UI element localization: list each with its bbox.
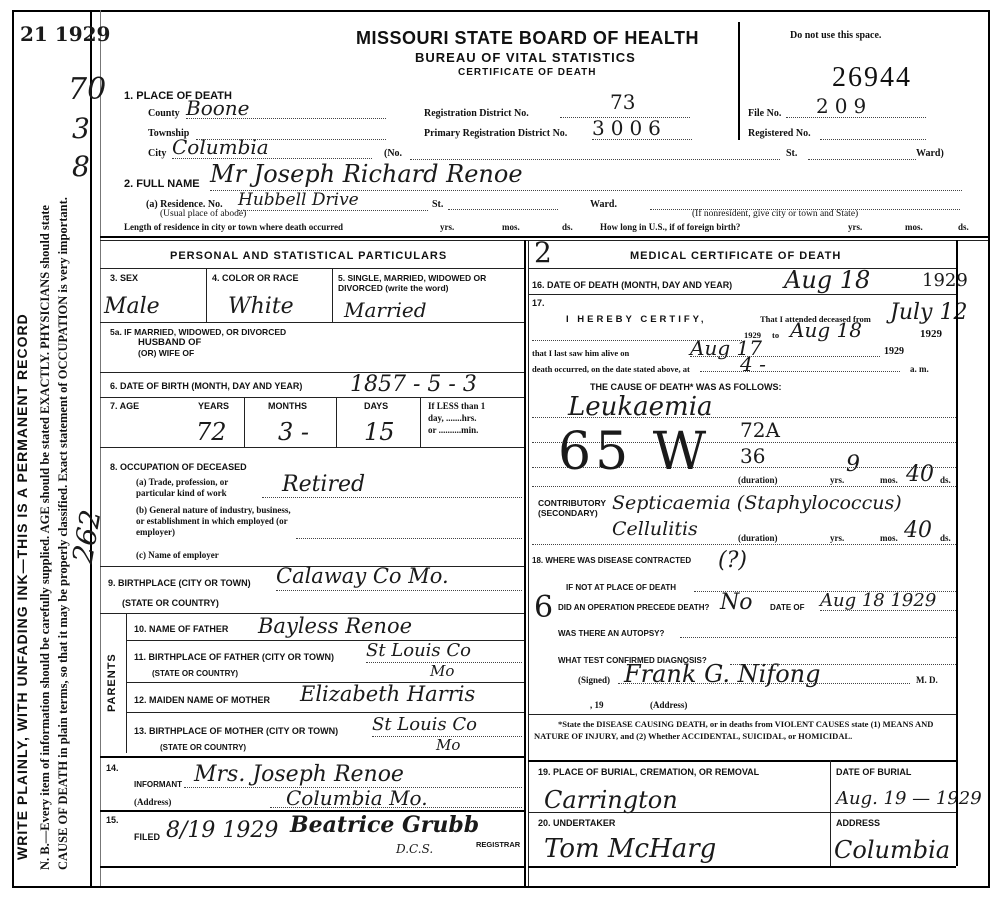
margin-number-2: 3 — [72, 112, 90, 145]
county-field: Boone — [186, 96, 386, 119]
operation-field: No — [720, 590, 753, 615]
stamp-number: 26944 — [832, 62, 912, 94]
column-divider — [524, 240, 526, 886]
foreign-mos-label: mos. — [905, 222, 923, 232]
informant-address-label: (Address) — [134, 797, 171, 807]
rule — [528, 812, 956, 813]
spouse-label-1: 5a. IF MARRIED, WIDOWED, OR DIVORCED — [110, 327, 286, 337]
autopsy-label: WAS THERE AN AUTOPSY? — [558, 629, 664, 638]
occupation-b-label: (b) General nature of industry, business… — [136, 505, 296, 538]
rule — [100, 866, 524, 868]
occupation-a-field: Retired — [262, 472, 522, 498]
county-label: County — [148, 108, 180, 119]
age-label: 7. AGE — [110, 401, 139, 411]
informant-label: INFORMANT — [134, 780, 182, 789]
mother-birthplace-label: 13. BIRTHPLACE OF MOTHER (CITY OR TOWN) — [134, 726, 338, 736]
res-yrs-label: yrs. — [440, 222, 454, 232]
sign-address-label: (Address) — [650, 700, 687, 710]
contrib-duration-ds: 40 — [904, 518, 932, 543]
duration-mos: 9 — [846, 452, 860, 477]
race-field: White — [228, 294, 294, 319]
rule — [100, 756, 524, 758]
sex-label: 3. SEX — [110, 273, 138, 283]
file-no-label: File No. — [748, 108, 781, 119]
certify-label: I HEREBY CERTIFY, — [566, 314, 707, 325]
rule — [206, 268, 207, 322]
full-name-field: Mr Joseph Richard Renoe — [210, 160, 962, 191]
birthplace-state-label: (STATE OR COUNTRY) — [122, 598, 219, 608]
days-label: DAYS — [364, 401, 388, 411]
less-line-2: day, .......hrs. — [428, 412, 485, 424]
margin-mark-6: 6 — [534, 590, 553, 625]
medical-heading: MEDICAL CERTIFICATE OF DEATH — [630, 250, 841, 262]
foreign-birth-label: How long in U.S., if of foreign birth? — [600, 222, 740, 232]
rule — [528, 866, 956, 868]
death-time-label: death occurred, on the date stated above… — [532, 364, 690, 374]
rule — [830, 760, 831, 866]
dod-field: Aug 18 — [784, 266, 870, 294]
rule — [528, 268, 956, 269]
res-ds-label: ds. — [562, 222, 573, 232]
registered-no-label: Registered No. — [748, 128, 811, 139]
occupation-b-field — [296, 530, 522, 539]
dotted-line — [680, 629, 956, 638]
rule — [528, 294, 956, 295]
contracted-label: 18. WHERE WAS DISEASE CONTRACTED — [532, 556, 691, 565]
months-label: MONTHS — [268, 401, 307, 411]
last-saw-label: that I last saw him alive on — [532, 348, 629, 358]
cause-code-a: 72A — [740, 418, 780, 442]
rule — [336, 397, 337, 447]
contracted-field: (?) — [718, 548, 747, 573]
spouse-label-2: HUSBAND OF — [138, 337, 201, 348]
mother-state-label: (STATE OR COUNTRY) — [160, 743, 246, 752]
informant-field: Mrs. Joseph Renoe — [184, 762, 522, 788]
physician-signature: Frank G. Nifong — [618, 660, 910, 684]
dob-field: 1857 - 5 - 3 — [350, 372, 477, 397]
rule — [100, 447, 524, 448]
received-stamp: 21 1929 — [20, 22, 110, 46]
contributory-label: CONTRIBUTORY (SECONDARY) — [538, 498, 608, 518]
city-field: Columbia — [172, 135, 372, 159]
rule — [528, 760, 956, 762]
corner-mark: 2 — [534, 236, 552, 269]
burial-label: 19. PLACE OF BURIAL, CREMATION, OR REMOV… — [538, 767, 759, 777]
filed-label: FILED — [134, 832, 160, 842]
occupation-c-label: (c) Name of employer — [136, 550, 219, 560]
burial-place: Carrington — [544, 786, 678, 814]
residence-field: Hubbell Drive — [238, 190, 428, 211]
informant-num: 14. — [106, 763, 119, 773]
residence-st-label: St. — [432, 199, 443, 210]
months-field: 3 - — [278, 418, 309, 446]
years-field: 72 — [196, 418, 227, 446]
rule — [332, 268, 333, 322]
office-use-divider — [738, 22, 740, 140]
personal-heading: PERSONAL AND STATISTICAL PARTICULARS — [170, 250, 447, 262]
rule — [100, 322, 524, 323]
birthplace-field: Calaway Co Mo. — [276, 564, 522, 591]
primary-district-label: Primary Registration District No. — [424, 128, 567, 139]
permanent-record-note: WRITE PLAINLY, WITH UNFADING INK—THIS IS… — [14, 313, 30, 860]
residence-sub-label: (Usual place of abode) — [160, 209, 246, 219]
op-date-label: DATE OF — [770, 603, 805, 612]
death-time-field: 4 - — [700, 352, 900, 372]
burial-date-label: DATE OF BURIAL — [836, 767, 911, 777]
father-label: 10. NAME OF FATHER — [134, 624, 228, 634]
burial-date: Aug. 19 — 1929 — [836, 788, 982, 809]
length-of-residence-label: Length of residence in city or town wher… — [124, 222, 343, 232]
margin-rule — [90, 10, 92, 886]
operation-label: DID AN OPERATION PRECEDE DEATH? — [558, 603, 709, 612]
form-name: CERTIFICATE OF DEATH — [458, 67, 597, 78]
office-use-label: Do not use this space. — [790, 30, 881, 41]
cause-code: 65 W — [558, 422, 710, 482]
full-name-label: 2. FULL NAME — [124, 178, 200, 190]
years-label: YEARS — [198, 401, 229, 411]
mother-field: Elizabeth Harris — [300, 682, 475, 706]
undertaker-label: 20. UNDERTAKER — [538, 818, 615, 828]
dotted-line — [532, 484, 956, 487]
cause-footnote: *State the DISEASE CAUSING DEATH, or in … — [534, 718, 958, 742]
filed-num: 15. — [106, 815, 119, 825]
nonresident-note: (If nonresident, give city or town and S… — [692, 209, 858, 219]
marital-label: 5. SINGLE, MARRIED, WIDOWED OR DIVORCED … — [338, 273, 518, 293]
birthplace-label: 9. BIRTHPLACE (CITY OR TOWN) — [108, 578, 251, 588]
foreign-ds-label: ds. — [958, 222, 969, 232]
parents-label: PARENTS — [106, 653, 118, 712]
father-field: Bayless Renoe — [258, 614, 412, 638]
marital-field: Married — [344, 298, 427, 322]
occupation-label: 8. OCCUPATION OF DECEASED — [110, 462, 247, 472]
rule — [528, 714, 956, 715]
sign-year-label: , 19 — [590, 700, 604, 710]
file-no-field: 209 — [786, 94, 926, 118]
city-label: City — [148, 148, 166, 159]
father-birthplace-label: 11. BIRTHPLACE OF FATHER (CITY OR TOWN) — [134, 652, 334, 662]
ward-field — [808, 148, 916, 160]
residence-ward-field — [448, 199, 558, 210]
registrar-signature: Beatrice Grubb — [290, 812, 479, 838]
less-than-day-label: If LESS than 1 day, .......hrs. or .....… — [428, 400, 485, 436]
rule — [420, 397, 421, 447]
instructions-line-1: N. B.—Every item of information should b… — [38, 205, 53, 870]
margin-rule-inner — [100, 10, 101, 886]
st-label: St. — [786, 148, 797, 159]
certify-num: 17. — [532, 298, 545, 308]
rule — [100, 397, 524, 398]
cause-code-b: 36 — [740, 444, 765, 468]
less-line-1: If LESS than 1 — [428, 400, 485, 412]
street-no-field — [410, 148, 780, 160]
father-birthplace-field: St Louis Co — [366, 640, 522, 663]
attended-to-year: 1929 — [920, 328, 942, 340]
ward-label: Ward) — [916, 148, 944, 159]
not-at-place-label: IF NOT AT PLACE OF DEATH — [566, 583, 676, 592]
document-title: MISSOURI STATE BOARD OF HEALTH — [356, 28, 699, 49]
cause-label: THE CAUSE OF DEATH* WAS AS FOLLOWS: — [590, 382, 782, 392]
registered-no-field — [820, 128, 926, 140]
informant-address-field: Columbia Mo. — [270, 786, 522, 808]
column-divider-2 — [528, 240, 529, 886]
rule — [126, 613, 127, 753]
father-state-field: Mo — [430, 662, 454, 680]
margin-number-3: 8 — [72, 150, 90, 183]
rule — [244, 397, 245, 447]
op-date-field: Aug 18 1929 — [820, 590, 956, 611]
days-field: 15 — [364, 418, 395, 446]
undertaker-address-label: ADDRESS — [836, 818, 880, 828]
dod-label: 16. DATE OF DEATH (MONTH, DAY AND YEAR) — [532, 280, 732, 290]
race-label: 4. COLOR OR RACE — [212, 273, 299, 283]
occupation-a-label: (a) Trade, profession, or particular kin… — [136, 477, 266, 499]
spouse-label-3: (OR) WIFE OF — [138, 348, 194, 358]
document-subtitle: BUREAU OF VITAL STATISTICS — [415, 50, 636, 65]
registration-district-label: Registration District No. — [424, 108, 529, 119]
res-mos-label: mos. — [502, 222, 520, 232]
filed-date: 8/19 1929 — [166, 818, 278, 843]
margin-number-1: 70 — [68, 72, 106, 107]
registration-district-field: 73 — [560, 90, 690, 118]
undertaker-name: Tom McHarg — [544, 834, 716, 864]
ampm-field: a. m. — [910, 364, 929, 374]
dob-label: 6. DATE OF BIRTH (MONTH, DAY AND YEAR) — [110, 381, 302, 391]
foreign-yrs-label: yrs. — [848, 222, 862, 232]
street-no-label: (No. — [384, 148, 402, 159]
dod-year: 1929 — [922, 270, 968, 291]
mother-state-field: Mo — [436, 736, 460, 754]
rule — [100, 268, 524, 269]
residence-ward-label: Ward. — [590, 199, 617, 210]
cause-field: Leukaemia — [532, 392, 956, 418]
rule — [126, 712, 524, 713]
instructions-line-2: CAUSE OF DEATH in plain terms, so that i… — [56, 197, 71, 870]
right-border — [956, 240, 958, 866]
signed-label: (Signed) — [578, 675, 610, 685]
dotted-line — [532, 542, 956, 545]
md-label: M. D. — [916, 675, 938, 685]
undertaker-address: Columbia — [834, 836, 950, 864]
registrar-label: REGISTRAR — [476, 840, 520, 849]
primary-district-field: 3006 — [592, 116, 692, 140]
less-line-3: or ..........min. — [428, 424, 485, 436]
sex-field: Male — [104, 294, 160, 319]
father-state-label: (STATE OR COUNTRY) — [152, 669, 238, 678]
mother-birthplace-field: St Louis Co — [372, 714, 522, 737]
mother-label: 12. MAIDEN NAME OF MOTHER — [134, 695, 270, 705]
registrar-initials: D.C.S. — [396, 842, 433, 856]
